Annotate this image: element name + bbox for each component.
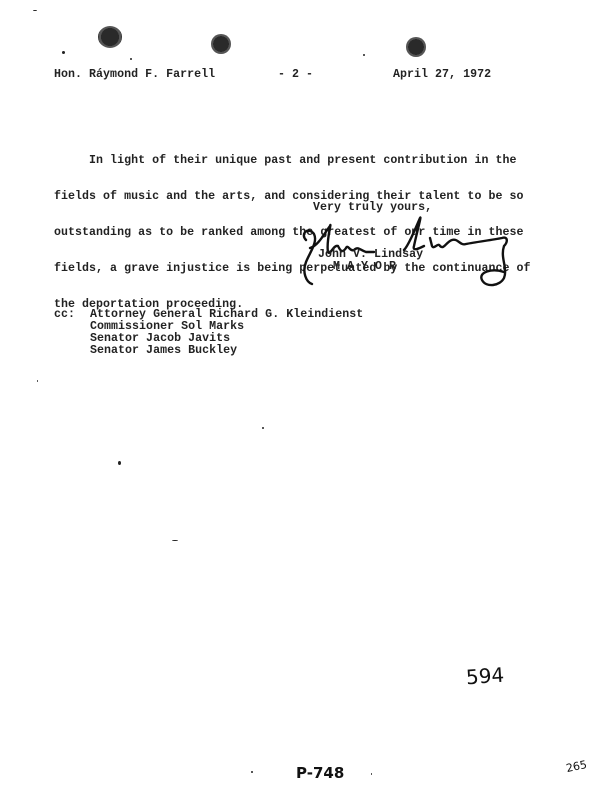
letter-page: Hon. Ráymond F. Farrell - 2 - April 27, … [0,0,605,786]
handwritten-number: 594 [465,663,505,690]
punch-hole-center [211,34,231,54]
handwritten-corner-number: 265 [565,758,588,775]
punch-hole-left [98,26,122,48]
paragraph-line: fields of music and the arts, and consid… [54,191,531,203]
cc-label: cc: [54,309,75,321]
paragraph-line: In light of their unique past and presen… [54,155,531,167]
cc-recipient: Senator James Buckley [90,345,237,357]
header-recipient: Hon. Ráymond F. Farrell [54,69,215,81]
page-stamp: P-748 [296,764,344,782]
signer-title: M A Y O R [333,261,396,273]
header-page-number: - 2 - [278,69,313,81]
header-date: April 27, 1972 [393,69,491,81]
punch-hole-right [406,37,426,57]
